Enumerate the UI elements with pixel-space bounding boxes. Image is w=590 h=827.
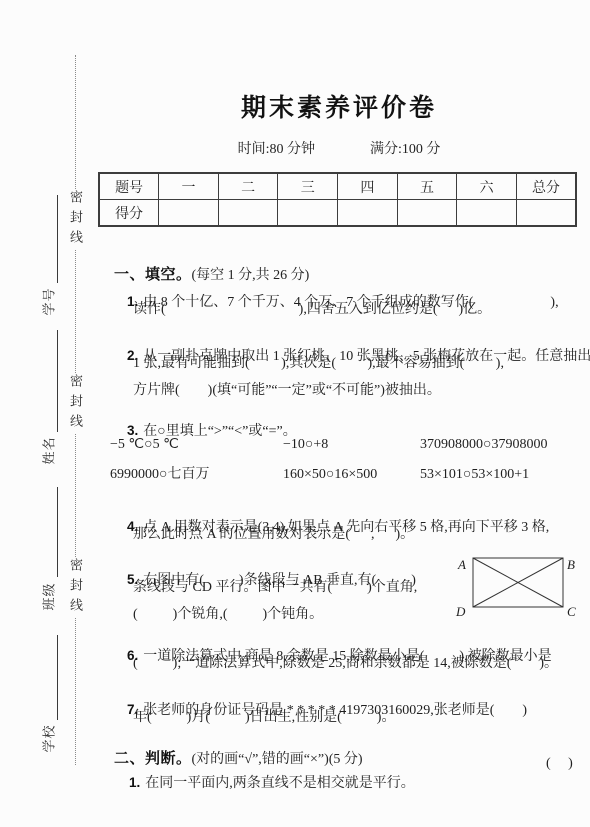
margin-label-class: 班级 [34, 582, 62, 610]
score-cell-empty [457, 200, 517, 227]
q2-line-2: 1 张,最有可能抽到( ),其次是( ),最不容易抽到( ), [133, 354, 504, 373]
score-table-col-total: 总分 [516, 173, 576, 200]
q3-compare-2a: 6990000○七百万 [110, 465, 209, 484]
score-cell-empty [218, 200, 278, 227]
q3-compare-2b: 160×50○16×500 [283, 465, 377, 484]
judge-q1-number: 1. [129, 775, 140, 790]
class-blank-line [57, 487, 58, 577]
score-table-col-6: 六 [457, 173, 517, 200]
seal-line-text-bottom: 密封线 [67, 558, 84, 618]
q4-line-2: 那么此时点 A 的位置用数对表示是( , )。 [133, 525, 414, 544]
figure-label-d: D [455, 604, 466, 619]
figure-label-b: B [567, 557, 575, 572]
score-table-col-4: 四 [338, 173, 398, 200]
score-table-col-label: 题号 [99, 173, 159, 200]
judge-q1-text: 在同一平面内,两条直线不是相交就是平行。 [145, 776, 415, 791]
q7-line-2: 年( )月( )日出生,性别是( )。 [133, 708, 395, 727]
seal-line-text-top: 密封线 [67, 190, 84, 250]
score-table: 题号 一 二 三 四 五 六 总分 得分 [98, 172, 577, 227]
margin-label-school: 学校 [34, 724, 62, 752]
margin-label-name: 姓名 [34, 436, 62, 464]
score-cell-empty [516, 200, 576, 227]
score-row-label: 得分 [99, 200, 159, 227]
student-id-blank-line [57, 195, 58, 283]
q3-compare-1b: −10○+8 [283, 435, 328, 454]
q3-compare-1c: 370908000○37908000 [420, 435, 547, 454]
score-cell-empty [338, 200, 398, 227]
name-blank-line [57, 330, 58, 432]
score-cell-empty [278, 200, 338, 227]
exam-full-score: 满分:100 分 [370, 138, 440, 158]
exam-paper-page: 密封线 密封线 密封线 学号 姓名 班级 学校 期末素养评价卷 时间:80 分钟… [0, 0, 590, 827]
rectangle-diagonals-figure: A B C D [450, 545, 585, 623]
seal-line-text-middle: 密封线 [67, 374, 84, 434]
q3-compare-2c: 53×101○53×100+1 [420, 465, 529, 484]
score-table-score-row: 得分 [99, 200, 576, 227]
exam-time: 时间:80 分钟 [238, 138, 315, 158]
margin-label-student-id: 学号 [34, 287, 62, 315]
figure-label-a: A [457, 557, 466, 572]
score-table-header-row: 题号 一 二 三 四 五 六 总分 [99, 173, 576, 200]
judge-q1-line: 1.在同一平面内,两条直线不是相交就是平行。 [115, 754, 415, 812]
school-blank-line [57, 635, 58, 720]
score-table-col-5: 五 [397, 173, 457, 200]
figure-label-c: C [567, 604, 576, 619]
q3-compare-1a: −5 ℃○5 ℃ [110, 435, 179, 454]
score-cell-empty [397, 200, 457, 227]
page-title: 期末素养评价卷 [100, 88, 578, 124]
score-table-col-3: 三 [278, 173, 338, 200]
score-cell-empty [159, 200, 219, 227]
judge-q1-answer-blank: ( ) [546, 754, 573, 773]
exam-meta: 时间:80 分钟 满分:100 分 [100, 138, 578, 158]
score-table-col-1: 一 [159, 173, 219, 200]
q2-line-3: 方片牌( )(填“可能”“一定”或“不可能”)被抽出。 [133, 381, 441, 400]
q5-line-2: 条线段与 CD 平行。图中一共有( )个直角, [133, 578, 417, 597]
q5-line-3: ( )个锐角,( )个钝角。 [133, 605, 323, 624]
q6-line-2: ( );一道除法算式中,除数是 25,商和余数都是 14,被除数是( )。 [133, 654, 558, 673]
q1-line-2: 读作( ),四舍五入到亿位约是( )亿。 [133, 300, 491, 319]
score-table-col-2: 二 [218, 173, 278, 200]
